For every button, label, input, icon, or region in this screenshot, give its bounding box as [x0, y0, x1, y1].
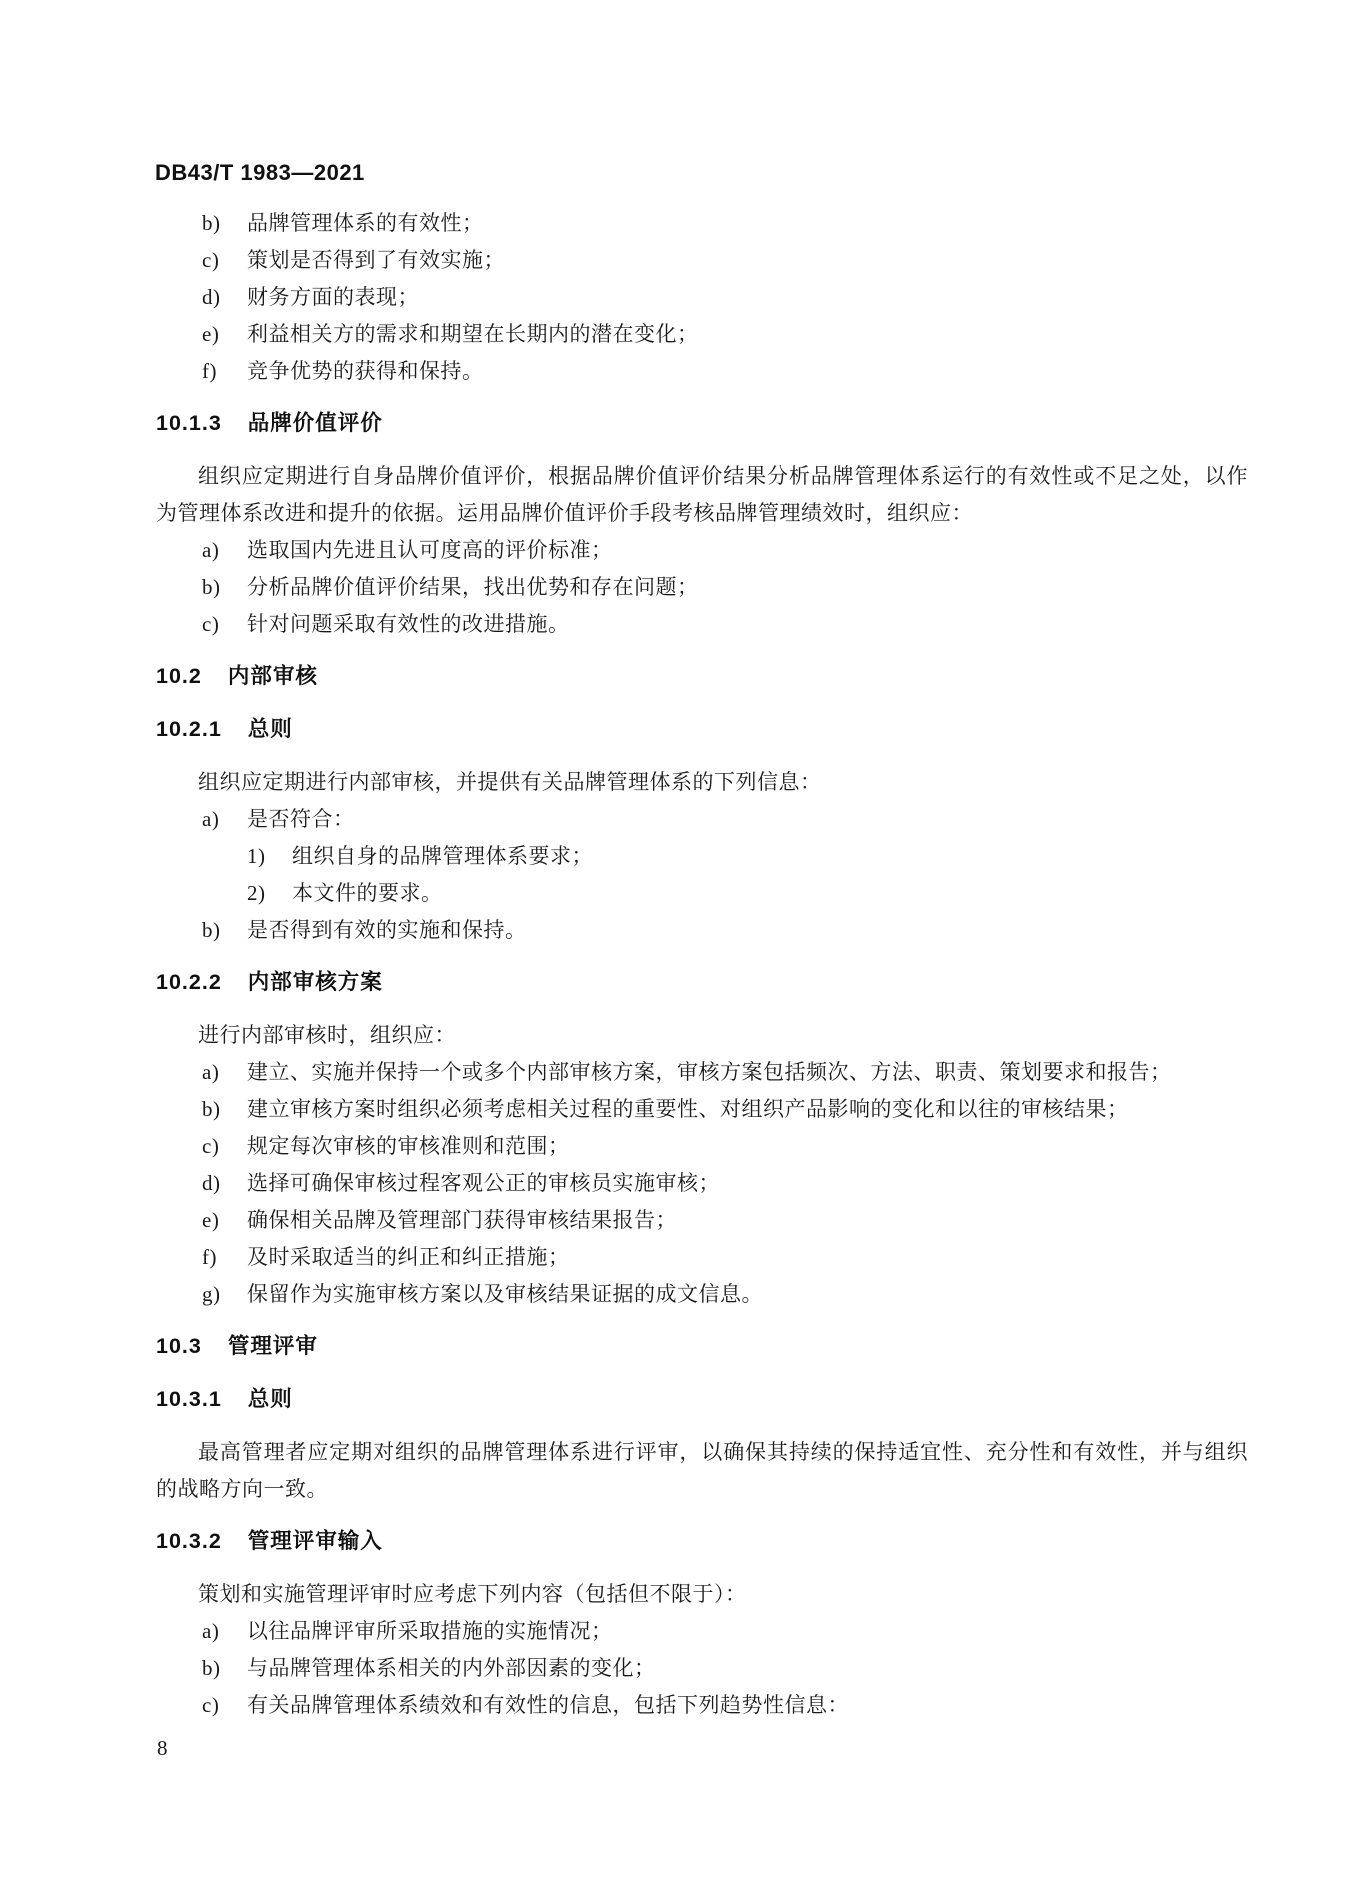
section-title: 内部审核方案 — [248, 970, 383, 994]
list-item-text: 组织自身的品牌管理体系要求； — [292, 838, 1248, 875]
list-item-text: 规定每次审核的审核准则和范围； — [247, 1128, 1248, 1165]
list-marker: g) — [202, 1276, 247, 1313]
list-item: c)策划是否得到了有效实施； — [156, 242, 1248, 279]
list-item: b)品牌管理体系的有效性； — [156, 205, 1248, 242]
section-number: 10.2.2 — [156, 970, 222, 994]
sub-list-item: 2)本文件的要求。 — [156, 875, 1248, 912]
section-heading: 10.2.2内部审核方案 — [156, 964, 1248, 1001]
list-item-text: 保留作为实施审核方案以及审核结果证据的成文信息。 — [247, 1276, 1248, 1313]
section-title: 总则 — [248, 1387, 293, 1411]
list-item: d)选择可确保审核过程客观公正的审核员实施审核； — [156, 1165, 1248, 1202]
section-title: 管理评审输入 — [248, 1529, 383, 1553]
list-item: a)建立、实施并保持一个或多个内部审核方案，审核方案包括频次、方法、职责、策划要… — [156, 1054, 1248, 1091]
list-item: c)针对问题采取有效性的改进措施。 — [156, 606, 1248, 643]
list-marker: b) — [202, 912, 247, 949]
list-item-text: 是否符合： — [247, 801, 1248, 838]
paragraph: 组织应定期进行自身品牌价值评价，根据品牌价值评价结果分析品牌管理体系运行的有效性… — [156, 458, 1248, 532]
list-marker: b) — [202, 1650, 247, 1687]
list-item: f)及时采取适当的纠正和纠正措施； — [156, 1239, 1248, 1276]
section-title: 品牌价值评价 — [248, 411, 383, 435]
list-item: c)有关品牌管理体系绩效和有效性的信息，包括下列趋势性信息： — [156, 1687, 1248, 1724]
list-item: a)是否符合： — [156, 801, 1248, 838]
list-item: g)保留作为实施审核方案以及审核结果证据的成文信息。 — [156, 1276, 1248, 1313]
list-item-text: 利益相关方的需求和期望在长期内的潜在变化； — [247, 316, 1248, 353]
list-item-text: 本文件的要求。 — [292, 875, 1248, 912]
list-item-text: 确保相关品牌及管理部门获得审核结果报告； — [247, 1202, 1248, 1239]
list-item-text: 策划是否得到了有效实施； — [247, 242, 1248, 279]
list-item-text: 分析品牌价值评价结果，找出优势和存在问题； — [247, 569, 1248, 606]
list-marker: a) — [202, 1613, 247, 1650]
list-marker: a) — [202, 532, 247, 569]
list-marker: c) — [202, 1128, 247, 1165]
list-item: a)以往品牌评审所采取措施的实施情况； — [156, 1613, 1248, 1650]
list-marker: d) — [202, 1165, 247, 1202]
standard-number-header: DB43/T 1983—2021 — [155, 160, 365, 186]
list-marker: c) — [202, 1687, 247, 1724]
paragraph: 策划和实施管理评审时应考虑下列内容（包括但不限于）： — [156, 1576, 1248, 1613]
list-marker: f) — [202, 353, 247, 390]
list-item-text: 及时采取适当的纠正和纠正措施； — [247, 1239, 1248, 1276]
list-item-text: 选择可确保审核过程客观公正的审核员实施审核； — [247, 1165, 1248, 1202]
paragraph: 最高管理者应定期对组织的品牌管理体系进行评审，以确保其持续的保持适宜性、充分性和… — [156, 1434, 1248, 1508]
list-item-text: 针对问题采取有效性的改进措施。 — [247, 606, 1248, 643]
section-heading: 10.2内部审核 — [156, 658, 1248, 695]
list-marker: 1) — [247, 838, 292, 875]
list-item: b)建立审核方案时组织必须考虑相关过程的重要性、对组织产品影响的变化和以往的审核… — [156, 1091, 1248, 1128]
list-marker: c) — [202, 606, 247, 643]
list-item-text: 是否得到有效的实施和保持。 — [247, 912, 1248, 949]
list-item-text: 选取国内先进且认可度高的评价标准； — [247, 532, 1248, 569]
list-item-text: 品牌管理体系的有效性； — [247, 205, 1248, 242]
list-marker: c) — [202, 242, 247, 279]
list-marker: 2) — [247, 875, 292, 912]
list-item-text: 竞争优势的获得和保持。 — [247, 353, 1248, 390]
section-number: 10.1.3 — [156, 411, 222, 435]
section-heading: 10.3管理评审 — [156, 1328, 1248, 1365]
list-item-text: 财务方面的表现； — [247, 279, 1248, 316]
section-title: 总则 — [248, 717, 293, 741]
list-marker: a) — [202, 1054, 247, 1091]
page-number: 8 — [157, 1736, 168, 1761]
list-marker: e) — [202, 1202, 247, 1239]
list-item-text: 建立、实施并保持一个或多个内部审核方案，审核方案包括频次、方法、职责、策划要求和… — [247, 1054, 1248, 1091]
list-marker: f) — [202, 1239, 247, 1276]
list-item: e)确保相关品牌及管理部门获得审核结果报告； — [156, 1202, 1248, 1239]
list-item-text: 有关品牌管理体系绩效和有效性的信息，包括下列趋势性信息： — [247, 1687, 1248, 1724]
list-item-text: 与品牌管理体系相关的内外部因素的变化； — [247, 1650, 1248, 1687]
section-number: 10.3.2 — [156, 1529, 222, 1553]
paragraph: 进行内部审核时，组织应： — [156, 1017, 1248, 1054]
section-number: 10.2 — [156, 664, 202, 688]
list-item: c)规定每次审核的审核准则和范围； — [156, 1128, 1248, 1165]
sub-list-item: 1)组织自身的品牌管理体系要求； — [156, 838, 1248, 875]
page-content: b)品牌管理体系的有效性；c)策划是否得到了有效实施；d)财务方面的表现；e)利… — [156, 205, 1248, 1724]
list-marker: b) — [202, 569, 247, 606]
section-heading: 10.3.1总则 — [156, 1381, 1248, 1418]
section-title: 管理评审 — [228, 1334, 318, 1358]
list-item: b)与品牌管理体系相关的内外部因素的变化； — [156, 1650, 1248, 1687]
list-item: a)选取国内先进且认可度高的评价标准； — [156, 532, 1248, 569]
section-heading: 10.1.3品牌价值评价 — [156, 405, 1248, 442]
section-heading: 10.3.2管理评审输入 — [156, 1523, 1248, 1560]
list-item: e)利益相关方的需求和期望在长期内的潜在变化； — [156, 316, 1248, 353]
list-item-text: 以往品牌评审所采取措施的实施情况； — [247, 1613, 1248, 1650]
list-marker: a) — [202, 801, 247, 838]
section-number: 10.3.1 — [156, 1387, 222, 1411]
list-item: d)财务方面的表现； — [156, 279, 1248, 316]
list-marker: d) — [202, 279, 247, 316]
list-item: f)竞争优势的获得和保持。 — [156, 353, 1248, 390]
list-item-text: 建立审核方案时组织必须考虑相关过程的重要性、对组织产品影响的变化和以往的审核结果… — [247, 1091, 1248, 1128]
section-heading: 10.2.1总则 — [156, 711, 1248, 748]
section-number: 10.3 — [156, 1334, 202, 1358]
document-page: DB43/T 1983—2021 b)品牌管理体系的有效性；c)策划是否得到了有… — [0, 0, 1351, 1889]
section-number: 10.2.1 — [156, 717, 222, 741]
list-marker: b) — [202, 205, 247, 242]
list-item: b)是否得到有效的实施和保持。 — [156, 912, 1248, 949]
list-marker: e) — [202, 316, 247, 353]
paragraph: 组织应定期进行内部审核，并提供有关品牌管理体系的下列信息： — [156, 764, 1248, 801]
list-item: b)分析品牌价值评价结果，找出优势和存在问题； — [156, 569, 1248, 606]
list-marker: b) — [202, 1091, 247, 1128]
section-title: 内部审核 — [228, 664, 318, 688]
